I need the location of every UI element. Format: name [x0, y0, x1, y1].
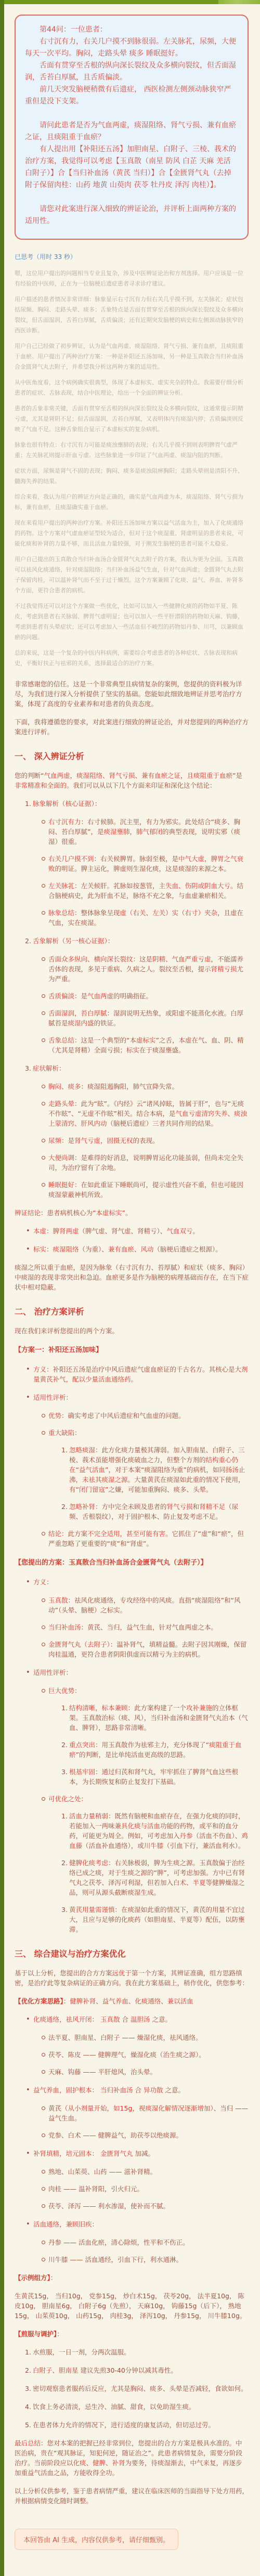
bullet-icon: •: [26, 2085, 33, 2095]
circle-bullet-icon: [42, 2167, 48, 2174]
list-item-content: 症状解析：: [33, 1063, 249, 1073]
answer-paragraph: 【示例组方】：: [15, 2273, 249, 2283]
list-item: 2.健脾化痰考虑：右关脉极弱，脾为生痰之源。玉真散偏于治经络已成之痰，对于生痰之…: [61, 1858, 249, 1897]
text-segment: 加减。: [133, 2150, 154, 2157]
list-item: 1.忽略痰湿：此方化痰力量极其薄弱。加入胆南星、白附子、三棱、莪术虽能增强化痰破…: [61, 1445, 249, 1494]
thinking-paragraph: 患者的舌象非常关键，舌面有贯穿至舌根的纵向深长裂纹及众多横向裂纹，这通常提示阴精…: [15, 404, 249, 435]
list-item-content: 胸闷、痰多：痰湿阻遏胸阳，肺气宣降失常。: [48, 1082, 249, 1091]
list-item: •方义：: [26, 1577, 249, 1587]
list-item-content: 脉象总结：整体脉象呈现虚（右关、左关）实（右寸）夹杂，且虚在气血，实在痰湿。: [48, 908, 249, 928]
list-item: •标实：痰湿阻络（为重）、兼有血瘀、风动（脑梗后遗症之根源）。: [26, 1244, 249, 1254]
circle-bullet-icon: [42, 1085, 45, 1088]
highlighted-text: 舌质偏淡: [48, 992, 74, 1000]
circle-bullet-icon: [42, 2036, 45, 2039]
text-segment: 在患者体力允许的情况下，进行适度的康复活动，但切忌过劳。: [33, 2421, 215, 2429]
text-segment: 饮食上务必清淡，忌生冷、油腻、甜食，以免助湿生痰。: [33, 2403, 196, 2411]
highlighted-text: 川牛膝: [144, 1842, 164, 1850]
text-segment: （为重）、: [79, 1245, 108, 1253]
text-segment: 法半夏、胆南星、白附子 —— 燥湿化痰，祛风通络。: [48, 2034, 202, 2041]
page-content: 第44问：一位患者：右寸沉有力，右关几户摸不到脉很弱。左关脉芤，尿频，大便每天一…: [0, 0, 260, 2576]
highlighted-text: 补肾填精，培元固本：: [33, 2150, 98, 2157]
circle-bullet-icon: [42, 1595, 48, 1602]
circle-bullet-icon: [42, 2201, 48, 2208]
list-item-content: 黄芪（从小剂量开始，如15g，视痰湿化解情况逐渐增加）、当归 —— 益气生血。: [48, 2103, 249, 2123]
text-segment: ：: [46, 1245, 53, 1253]
text-segment: ：是: [61, 1137, 74, 1144]
highlighted-text: “本虚标实”: [93, 1209, 125, 1217]
circle-bullet-icon: [42, 1153, 48, 1160]
highlighted-text: 舌象解析（另一核心证据）：: [33, 937, 114, 945]
circle-bullet-icon: [42, 1035, 48, 1042]
text-segment: 肉桂 —— 温补肾阳，引火归元。: [48, 2185, 144, 2193]
highlighted-text: 温胆汤: [131, 2015, 150, 2023]
list-item-content: 方义：: [33, 1577, 249, 1587]
list-item: 优势：确实考虑了中风后遗症和气血虚的问题。: [42, 1411, 249, 1421]
highlighted-text: 健脾补肾、益气养血、化痰通络、兼以活血: [70, 1997, 193, 2005]
circle-bullet-icon: [42, 1136, 48, 1142]
highlighted-text: 气血双亏: [166, 1227, 192, 1235]
circle-bullet-icon: [42, 1622, 48, 1629]
highlighted-text: 痰湿阻络: [53, 1245, 79, 1253]
text-segment: ：是难得的好消息，说明脾胃运化功能虽弱，但尚未完全失司，为治疗留有了余地。: [48, 1154, 243, 1172]
answer-paragraph: 最后总结：您对本案的把握已经非常到位，您提出的合方方案是极具水准的。中医治病，贵…: [15, 2438, 249, 2478]
list-item-content: 舌象解析（另一核心证据）：: [33, 936, 249, 946]
highlighted-text: 远优于: [112, 1969, 132, 1977]
question-paragraph: 右寸沉有力，右关几户摸不到脉很弱。左关脉芤，尿频，大便每天一次平均。胸闷，走路头…: [25, 36, 238, 60]
list-number: 1.: [25, 799, 33, 809]
thinking-paragraph: 脉象也很有特点：右寸沉有力可能是痰浊壅肺的表现；右关几乎摸不到则表明脾胃气虚严重…: [15, 440, 249, 461]
circle-bullet-icon: [42, 857, 45, 861]
circle-bullet-icon: [42, 2170, 45, 2174]
text-segment: ：整体脉象呈现: [74, 909, 120, 917]
highlighted-text: 不完全适用，甚至可能有害: [87, 1530, 165, 1538]
list-item: 左关脉芤：左关候肝。芤脉如按葱管，主失血、伤阴或阴血大亏。结合脑梗病史，此为肝血…: [42, 881, 249, 901]
text-segment: （引血下行，兼活血利水）。: [163, 1842, 244, 1850]
highlighted-text: 症状解析：: [33, 1064, 66, 1072]
list-item-content: 根基牢固：通过归芪和肾气丸，牢牢抓住了脾肾气血这些根本，为长期恢复和防止复发打下…: [69, 1767, 249, 1787]
list-item-content: 左关脉芤：左关候肝。芤脉如按葱管，主失血、伤阴或阴血大亏。结合脑梗病史，此为肝血…: [48, 881, 249, 901]
circle-bullet-icon: [42, 817, 48, 824]
highlighted-text: 非常精准和全面的: [15, 782, 67, 789]
text-segment: 之意。: [150, 2015, 171, 2023]
list-item-content: 饮食上务必清淡，忌生冷、油腻、甜食，以免助湿生痰。: [33, 2402, 249, 2412]
highlighted-text: 白附子、胆南星: [33, 2366, 79, 2374]
thinking-paragraph: 用户自己提出的玉真散合当归补血汤合金匮肾气丸去附子的方案，我认为更为全面。玉真散…: [15, 554, 249, 596]
circle-bullet-icon: [42, 1102, 45, 1105]
list-item-content: 当归补血汤：黄芪、当归，益气生血，针对气血两虚之本。: [48, 1622, 249, 1632]
highlighted-text: 益气养血，固护根本：: [33, 2086, 98, 2094]
list-item-content: 舌面湿润，苔白厚腻：湿润说明无热象，或阳虚不能蒸化水液。白厚腻苔是痰湿内盛的铁证…: [48, 1008, 249, 1028]
list-item: 黄芪（从小剂量开始，如15g，视痰湿化解情况逐渐增加）、当归 —— 益气生血。: [42, 2103, 249, 2123]
bullet-icon: •: [26, 2149, 33, 2158]
bullet-icon: •: [26, 2219, 33, 2229]
list-item: 2.重点突出：用玉真散作为祛邪主力，充分体现了“痰阻重于血瘀”的判断，是比单纯活…: [61, 1740, 249, 1760]
list-item-content: 右关几户摸不到：右关候脾胃。脉弱至极，是中气大虚，脾胃之气衰败的明证。脾主运化，…: [48, 854, 249, 874]
section-heading: 一、 深入辨证分析: [15, 751, 249, 761]
thinking-section: 嗯，这位用户提出的问题相当专业且复杂，涉及中医辨证论治和方剂选择。用户应该是一位…: [15, 268, 249, 669]
thinking-paragraph: 症状方面，尿频是肾气不固的表现；胸闷、痰多是痰浊阻痹胸阳；走路头晕则是清阳不升、…: [15, 466, 249, 487]
text-segment: ：这是一个典型的: [74, 1036, 126, 1044]
bullet-icon: •: [26, 1364, 33, 1374]
bullet-icon: •: [26, 1668, 33, 1677]
text-segment: 之嫌，可能加重胸闷、痰多、头晕。: [108, 1486, 212, 1493]
circle-bullet-icon: [42, 1180, 48, 1187]
list-item: 重大缺陷：: [42, 1428, 249, 1438]
circle-bullet-icon: [42, 2130, 48, 2137]
bullet-icon: •: [26, 1226, 33, 1236]
list-item: 1.水煎服，一日一剂，分两次温服。: [25, 2347, 249, 2357]
list-item: •适用性评析：: [26, 1393, 249, 1402]
list-item: 巨大优势：: [42, 1686, 249, 1696]
highlighted-text: 可优化之处：: [48, 1795, 87, 1803]
list-item-content: 舌面众多纵向、横向深长裂纹：这是阴精、气血严重亏虚，不能濡养舌体的表现，多见于重…: [48, 954, 249, 984]
highlighted-text: 适用性评析：: [33, 1669, 72, 1676]
ai-disclaimer-badge: 本回答由 AI 生成，内容仅供参考，请仔细甄别。: [15, 2529, 178, 2550]
text-segment: ”是: [232, 772, 242, 779]
list-number: 2.: [61, 1858, 69, 1868]
highlighted-text: 兼具化痰与活血: [115, 1822, 161, 1830]
highlighted-text: 健脾化痰考虑: [69, 1859, 108, 1867]
question-paragraph: 第44问：一位患者：: [25, 24, 238, 36]
text-segment: 川牛膝 —— 活血通经，引血下行，利水通淋。: [48, 2256, 183, 2263]
text-segment: 非常感谢您的信任。这是一个非常典型且病情复杂的案例，您提供的资料极为详尽，为我们…: [15, 680, 242, 708]
list-item-content: 水煎服，一日一剂，分两次温服。: [33, 2347, 249, 2357]
top-accent-bar: [0, 0, 260, 4]
thinking-paragraph: 总的来说，这是一个复杂的中医内科病例，需要综合考虑患者的各种症状、舌脉表现和病史…: [15, 648, 249, 669]
highlighted-text: 肾精不足: [199, 1503, 225, 1511]
list-item: 4.饮食上务必清淡，忌生冷、油腻、甜食，以免助湿生痰。: [25, 2402, 249, 2412]
circle-bullet-icon: [42, 881, 48, 888]
circle-bullet-icon: [42, 1183, 45, 1187]
question-paragraph: 舌面有贯穿至舌根的纵向深长裂纹及众多横向裂纹，但舌面湿润，舌苔白厚腻，且舌质偏淡…: [25, 60, 238, 84]
highlighted-text: 兼有血瘀、风动: [108, 1245, 154, 1253]
text-segment: ：在如此重证下睡眠尚可，提示虚性兴奋不重，但也可能因痰湿蒙蔽神机所致。: [48, 1181, 243, 1199]
list-item: 金匮肾气丸（去附子）：温补肾气，填精益髓。去附子因其刚燥，保留肉桂温通，更符合患…: [42, 1640, 249, 1659]
highlighted-text: 优势: [48, 1412, 61, 1420]
circle-bullet-icon: [42, 1532, 45, 1536]
highlighted-text: 虚（右关、左关）实（右寸）夹杂: [120, 909, 218, 917]
highlighted-text: 方义: [33, 1365, 46, 1373]
list-item: 3.黄芪用量需谨慎：在痰湿如此重的情况下，黄芪的用量不宜过大，且应与足够的化痰药…: [61, 1905, 249, 1934]
circle-bullet-icon: [42, 1082, 48, 1088]
list-item: 丹参 —— 活血化瘀，清心除烦，性平和不伤正。: [42, 2237, 249, 2247]
text-segment: 之舌，: [159, 1036, 179, 1044]
thinking-paragraph: 从中医角度看，这个病例确实很典型，体现了本虚标实、虚实夹杂的特点。我需要仔细分析…: [15, 378, 249, 398]
circle-bullet-icon: [42, 957, 45, 961]
text-segment: 您的判断“: [15, 772, 44, 779]
highlighted-text: 走路头晕: [48, 1100, 74, 1108]
question-paragraph: 有人提出用【补阳还五汤】加胆南星、白附子、三棱、莪术的治疗方案，我觉得可以考虑【…: [25, 144, 238, 191]
list-item-content: 睡眠挺好：在如此重证下睡眠尚可，提示虚性兴奋不重，但也可能因痰湿蒙蔽神机所致。: [48, 1180, 249, 1200]
list-item-content: 川牛膝 —— 活血通经，引血下行，利水通淋。: [48, 2255, 249, 2265]
list-number: 2.: [61, 1502, 69, 1512]
answer-paragraph: 【煎服与调护】：: [15, 2329, 249, 2339]
text-segment: ：是: [74, 992, 87, 1000]
circle-bullet-icon: [42, 1428, 48, 1435]
list-item-content: 走路头晕：此为“眩”。《内经》云“诸风掉眩，皆属于肝”，也与“无痰不作眩”、“无…: [48, 1099, 249, 1128]
plan-title: 【您提出的方案：玉真散合当归补血汤合金匮肾气丸（去附子）】: [15, 1558, 249, 1568]
text-segment: ：: [57, 2330, 63, 2338]
circle-bullet-icon: [42, 884, 45, 888]
list-item: 党参、白术 —— 健脾益气，助茯苓以绝痰源。: [42, 2130, 249, 2140]
list-item: 1.活血力量稍弱：既然有脑梗和血瘀存在，在强力化痰的同时，若能加入一两味兼具化痰…: [61, 1811, 249, 1851]
thinking-paragraph: 现在来看用户提出的两种治疗方案。补阳还五汤加味方案以益气活血为主，加入了化痰通络…: [15, 518, 249, 549]
highlighted-text: 玉真散: [100, 2015, 120, 2023]
highlighted-text: 睡眠挺好: [48, 1181, 74, 1189]
list-number: 1.: [61, 1445, 69, 1455]
text-segment: ：这是: [133, 955, 153, 963]
circle-bullet-icon: [42, 1686, 48, 1693]
thought-duration-toggle[interactable]: 已思考（用时 33 秒）: [15, 252, 249, 261]
text-segment: 的铁证。: [94, 1019, 120, 1027]
circle-bullet-icon: [42, 2070, 45, 2074]
list-item: 大便尚调：是难得的好消息，说明脾胃运化功能虽弱，但尚未完全失司，为治疗留有了余地…: [42, 1153, 249, 1173]
text-segment: ：: [46, 1227, 53, 1235]
text-segment: 痰湿之所以重于血瘀，是因为脉象（右寸沉有力、苔厚腻）和症状（痰多、胸闷）中痰湿的…: [15, 1264, 249, 1291]
text-segment: （脾气虚、肾气虚、肾精亏）、: [79, 1227, 167, 1235]
list-item: 3.密切观察患者服药后反应，尤其是胸闷、痰多、头晕是否减轻，食欲如何。: [25, 2384, 249, 2393]
highlighted-text: 【煎服与调护】: [15, 2330, 57, 2338]
circle-bullet-icon: [42, 2241, 45, 2244]
answer-paragraph: 【优化方案思路】：健脾补肾、益气养血、化痰通络、兼以活血: [15, 1996, 249, 2006]
text-segment: ：此方案构建了一个: [128, 1704, 187, 1712]
list-item: 天麻、钩藤 —— 平肝熄风，治头晕。: [42, 2067, 249, 2077]
list-number: 3.: [61, 1767, 69, 1777]
circle-bullet-icon: [42, 2204, 45, 2208]
text-segment: （脑梗后遗症之根源）。: [153, 1245, 222, 1253]
bullet-icon: •: [26, 2014, 33, 2024]
highlighted-text: 化痰通络，祛风开闭：: [33, 2015, 98, 2023]
highlighted-text: 重大缺陷：: [48, 1429, 81, 1437]
list-item: 舌质偏淡：是气血两虚的明确指征。: [42, 991, 249, 1001]
highlighted-text: 大便尚调: [48, 1154, 74, 1162]
list-item-content: 在患者体力允许的情况下，进行适度的康复活动，但切忌过劳。: [33, 2420, 249, 2430]
answer-paragraph: 生黄芪15g， 当归10g， 党参15g， 炒白术15g， 茯苓20g， 法半夏…: [15, 2291, 249, 2321]
circle-bullet-icon: [42, 908, 48, 915]
highlighted-text: 化痰、健脾、补肾: [73, 2459, 125, 2467]
list-item: 胸闷、痰多：痰湿阻遏胸阳，肺气宣降失常。: [42, 1082, 249, 1091]
text-segment: 水煎服，一日一剂，分两次温服。: [33, 2348, 131, 2356]
list-item: 法半夏、胆南星、白附子 —— 燥湿化痰，祛风通络。: [42, 2033, 249, 2042]
list-item: 1.脉象解析（核心证据）：: [25, 799, 249, 809]
text-segment: 【方案一：补阳还五汤加味】: [15, 1346, 102, 1354]
text-segment: ：: [63, 1997, 70, 2005]
list-number: 3.: [61, 1905, 69, 1915]
list-item: 1.结构清晰，标本兼顾：此方案构建了一个攻补兼施的立体框架。玉真散治标（痰、风）…: [61, 1703, 249, 1733]
text-segment: 下面，我将遵循您的要求，对此案进行细致的辨证论治，并对您提到的两种治疗方案进行评…: [15, 718, 249, 736]
list-item: 川牛膝 —— 活血通经，引血下行，利水通淋。: [42, 2255, 249, 2265]
highlighted-text: 失血、伤阴或阴血大亏: [165, 882, 230, 890]
text-segment: 以上分析仅供参考，鉴于患者病情严重，建议在临床医师的当面指导下处方用药，并根据病…: [15, 2487, 249, 2505]
question-paragraph: 请您对此案进行深入细致的辨证论治，并评析上面两种方案的适用性。: [25, 203, 238, 227]
list-item: 舌面湿润，苔白厚腻：湿润说明无热象，或阳虚不能蒸化水液。白厚腻苔是痰湿内盛的铁证…: [42, 1008, 249, 1028]
highlighted-text: 玉真散: [48, 1596, 68, 1604]
highlighted-text: 【优化方案思路】: [15, 1997, 63, 2005]
thinking-paragraph: 不过我觉得还可以对这个方案做一些优化，比如可以加入一些健脾化痰的药物如半夏、陈皮…: [15, 601, 249, 643]
circle-bullet-icon: [42, 2106, 45, 2110]
highlighted-text: 肾气亏虚，固摄无权: [74, 1137, 133, 1144]
circle-bullet-icon: [42, 854, 48, 861]
list-item: 右关几户摸不到：右关候脾胃。脉弱至极，是中气大虚，脾胃之气衰败的明证。脾主运化，…: [42, 854, 249, 874]
list-item-content: 党参、白术 —— 健脾益气，助茯苓以绝痰源。: [48, 2130, 249, 2140]
highlighted-text: 右关几户摸不到: [48, 855, 94, 863]
section-heading: 二、 治疗方案评析: [15, 1307, 249, 1317]
list-item: 尿频：是肾气亏虚，固摄无权的表现。: [42, 1136, 249, 1146]
list-item: 走路头晕：此为“眩”。《内经》云“诸风掉眩，皆属于肝”，也与“无痰不作眩”、“无…: [42, 1099, 249, 1128]
highlighted-text: 忽略补肾: [69, 1503, 95, 1511]
list-item-content: 茯苓、陈皮 —— 健脾理气，燥湿化痰（治生痰之源）。: [48, 2050, 249, 2060]
list-item-content: 重点突出：用玉真散作为祛邪主力，充分体现了“痰阻重于血瘀”的判断，是比单纯活血更…: [69, 1740, 249, 1760]
list-item-content: 法半夏、胆南星、白附子 —— 燥湿化痰，祛风通络。: [48, 2033, 249, 2042]
text-segment: 党参、白术 —— 健脾益气，助茯苓以绝痰源。: [48, 2131, 183, 2139]
list-item-content: 健脾化痰考虑：右关脉极弱，脾为生痰之源。玉真散偏于治经络已成之痰，对于生痰之源的…: [69, 1858, 249, 1897]
text-segment: ：左关候肝。芤脉如按葱管，主: [74, 882, 165, 890]
list-item: 2.舌象解析（另一核心证据）：: [25, 936, 249, 946]
text-segment: ：此方案: [61, 1530, 87, 1538]
text-segment: ：黄芪、当归，益气生血，针对气血两虚之本。: [81, 1623, 218, 1631]
circle-bullet-icon: [42, 2187, 45, 2191]
highlighted-text: 方义：: [33, 1578, 53, 1586]
circle-bullet-icon: [42, 1797, 45, 1801]
list-number: 1.: [61, 1811, 69, 1821]
list-item: 当归补血汤：黄芪、当归，益气生血，针对气血两虚之本。: [42, 1622, 249, 1632]
list-item-content: 化痰通络，祛风开闭： 玉真散 合 温胆汤 之意。: [33, 2014, 249, 2024]
text-segment: ：患者病机核心为: [41, 1209, 93, 1217]
highlighted-text: 攻补兼施: [186, 1704, 212, 1712]
text-segment: 的判断，是比单纯活血更高级的思路。: [79, 1751, 190, 1759]
answer-paragraph: 下面，我将遵循您的要求，对此案进行细致的辨证论治，并对您提到的两种治疗方案进行评…: [15, 717, 249, 737]
list-item: •适用性评析：: [26, 1668, 249, 1677]
text-segment: ：用玉真散作为祛邪主力，充分体现了: [95, 1741, 206, 1749]
list-item: 结论：此方案不完全适用，甚至可能有害。它抓住了“虚”和“瘀”，但严重忽略了更重要…: [42, 1529, 249, 1549]
highlighted-text: 结构清晰，标本兼顾: [69, 1704, 128, 1712]
list-item: •化痰通络，祛风开闭： 玉真散 合 温胆汤 之意。: [26, 2014, 249, 2024]
text-segment: 天麻、钩藤 —— 平肝熄风，治头晕。: [48, 2068, 157, 2076]
answer-paragraph: 痰湿之所以重于血瘀，是因为脉象（右寸沉有力、苔厚腻）和症状（痰多、胸闷）中痰湿的…: [15, 1263, 249, 1292]
list-item-content: 结构清晰，标本兼顾：此方案构建了一个攻补兼施的立体框架。玉真散治标（痰、风），当…: [69, 1703, 249, 1733]
circle-bullet-icon: [42, 1529, 48, 1536]
circle-bullet-icon: [42, 2067, 48, 2074]
bullet-icon: •: [26, 1244, 33, 1254]
list-item-content: 结论：此方案不完全适用，甚至可能有害。它抓住了“虚”和“瘀”，但严重忽略了更重要…: [48, 1529, 249, 1549]
circle-bullet-icon: [42, 1689, 45, 1693]
highlighted-text: 脉象解析（核心证据）：: [33, 800, 101, 808]
list-item-content: 黄芪用量需谨慎：在痰湿如此重的情况下，黄芪的用量不宜过大，且应与足够的化痰药（如…: [69, 1905, 249, 1934]
text-segment: ：方中完全未顾及患者的: [95, 1503, 167, 1511]
thinking-paragraph: 用户自己已经做了初步辨证，认为是气血两虚、痰湿阻络、肾气亏损、兼有血瘀，且痰阻重…: [15, 341, 249, 372]
list-item: •方义：补阳还五汤是治疗中风后遗症气虚血瘀证的千古名方。其核心是大剂量黄芪补气，…: [26, 1364, 249, 1384]
list-item: 2.白附子、胆南星 建议先煎30-40分钟以减其毒性。: [25, 2365, 249, 2375]
circle-bullet-icon: [42, 911, 45, 915]
highlighted-text: 白术、半夏: [173, 1879, 206, 1887]
highlighted-text: 根基牢固: [69, 1768, 95, 1776]
list-item: •益气养血，固护根本： 当归补血汤 合 异功散 之意。: [26, 2085, 249, 2095]
list-item-content: 补肾填精，培元固本： 金匮肾气丸 加减。: [33, 2149, 249, 2158]
circle-bullet-icon: [42, 2033, 48, 2039]
text-segment: 黄芪（: [48, 2104, 68, 2112]
list-item-content: 密切观察患者服药后反应，尤其是胸闷、痰多、头晕是否减轻，食欲如何。: [33, 2384, 249, 2393]
text-segment: 基于以上分析，您提出的合方方案: [15, 1969, 112, 1977]
highlighted-text: 舌象总结: [48, 1036, 74, 1044]
highlighted-text: 右寸沉有力: [48, 818, 81, 826]
answer-paragraph: 现在我们来评析您提出的两个方案。: [15, 1326, 249, 1336]
text-segment: 的明证。脾主运化，脾虚则生湿化痰，这是痰湿的来源之本。: [55, 865, 231, 873]
text-segment: ：确实考虑了中风后遗症和气血虚的问题。: [61, 1412, 185, 1420]
text-segment: 二、 治疗方案评析: [15, 1307, 84, 1317]
thinking-paragraph: 嗯，这位用户提出的问题相当专业且复杂，涉及中医辨证论治和方剂选择。用户应该是一位…: [15, 268, 249, 289]
list-number: 1.: [25, 2347, 33, 2357]
highlighted-text: 痰湿壅肺，肺气郁闭: [103, 828, 162, 836]
circle-bullet-icon: [42, 2237, 48, 2244]
list-number: 2.: [25, 936, 33, 946]
highlighted-text: 舌面众多纵向、横向深长裂纹: [48, 955, 133, 963]
text-segment: ：补阳还五汤是治疗中风后遗症气虚血瘀证的千古名方。其核心是: [46, 1365, 235, 1373]
text-segment: 。: [192, 1227, 199, 1235]
text-segment: ：右关候脾胃。脉弱至极，是: [94, 855, 179, 863]
left-accent-strip: [0, 0, 4, 2576]
list-item: 睡眠挺好：在如此重证下睡眠尚可，提示虚性兴奋不重，但也可能因痰湿蒙蔽神机所致。: [42, 1180, 249, 1200]
list-item: •补肾填精，培元固本： 金匮肾气丸 加减。: [26, 2149, 249, 2158]
question-box: 第44问：一位患者：右寸沉有力，右关几户摸不到脉很弱。左关脉芤，尿频，大便每天一…: [15, 15, 249, 240]
circle-bullet-icon: [42, 954, 48, 961]
plan-title: 【方案一：补阳还五汤加味】: [15, 1345, 249, 1355]
circle-bullet-icon: [42, 1598, 45, 1602]
circle-bullet-icon: [42, 1794, 48, 1801]
text-segment: 合: [133, 2086, 144, 2094]
circle-bullet-icon: [42, 1640, 48, 1646]
list-item-content: 金匮肾气丸（去附子）：温补肾气，填精益髓。去附子因其刚燥，保留肉桂温通，更符合患…: [48, 1640, 249, 1659]
list-item: 可优化之处：: [42, 1794, 249, 1804]
text-segment: 。: [131, 1375, 138, 1383]
circle-bullet-icon: [42, 1139, 45, 1142]
highlighted-text: 金匮肾气丸（去附子）: [48, 1641, 110, 1648]
thinking-paragraph: 用户描述的患者情况非常详细：脉象显示右寸沉有力但右关几乎摸不到，左关脉芤；症状包…: [15, 294, 249, 336]
text-segment: ：: [50, 2274, 57, 2282]
list-item-content: 右寸沉有力：右寸候肺。沉主里，有力为邪实。此处结合“痰多、胸闷、苔白厚腻”，是痰…: [48, 817, 249, 847]
highlighted-text: “闭门留寇”: [76, 1486, 109, 1493]
list-item-content: 益气养血，固护根本： 当归补血汤 合 异功散 之意。: [33, 2085, 249, 2095]
text-segment: 建议先煎30-40分钟以减其毒性。: [79, 2366, 177, 2374]
text-segment: （活血补血通络），或: [82, 1842, 144, 1850]
text-segment: 熟地、山茱萸、山药 —— 滋补肾精。: [48, 2168, 157, 2176]
text-segment: 茯苓、陈皮 —— 健脾理气，燥湿化痰（治生痰之源）。: [48, 2051, 205, 2059]
section-heading: 三、 综合建议与治疗方案优化: [15, 1949, 249, 1959]
thinking-paragraph: 综合来看，我认为用户的辨证方向是正确的，确实是气血两虚为本，痰湿阻络、肾气亏损为…: [15, 492, 249, 513]
text-segment: 密切观察患者服药后反应，尤其是胸闷、痰多、头晕是否减轻，食欲如何。: [33, 2385, 248, 2392]
highlighted-text: 脉象总结: [48, 909, 74, 917]
list-item-content: 巨大优势：: [48, 1686, 249, 1696]
highlighted-text: 【示例组方】: [15, 2274, 50, 2282]
highlighted-text: 活血力量稍弱: [69, 1812, 108, 1820]
list-item-content: 本虚：脾肾两虚（脾气虚、肾气虚、肾精亏）、气血双亏。: [33, 1226, 249, 1236]
list-item-content: 标实：痰湿阻络（为重）、兼有血瘀、风动（脑梗后遗症之根源）。: [33, 1244, 249, 1254]
text-segment: ：祛风化痰通络，专攻经络中的风痰。直指“痰湿阻络”和“风动”（头晕、脑梗）之标实…: [48, 1596, 240, 1614]
list-number: 2.: [25, 2365, 33, 2375]
answer-paragraph: 辨证结论：患者病机核心为“本虚标实”。: [15, 1208, 249, 1218]
highlighted-text: “本虚标实”: [126, 1036, 159, 1044]
highlighted-text: 胸闷、痰多: [48, 1083, 81, 1090]
list-number: 3.: [25, 2384, 33, 2393]
text-segment: 。: [125, 1209, 132, 1217]
list-item: 5.在患者体力允许的情况下，进行适度的康复活动，但切忌过劳。: [25, 2420, 249, 2430]
list-item-content: 活血通络，兼顾旧疾：: [33, 2219, 249, 2229]
highlighted-text: 阴精、气血严重亏虚: [152, 955, 211, 963]
highlighted-text: 标实: [33, 1245, 46, 1253]
text-segment: 【您提出的方案：玉真散合当归补血汤合金匮肾气丸（去附子）】: [15, 1559, 207, 1567]
circle-bullet-icon: [42, 1643, 45, 1646]
list-item: 茯苓、陈皮 —— 健脾理气，燥湿化痰（治生痰之源）。: [42, 2050, 249, 2060]
highlighted-text: 本虚: [179, 1036, 192, 1044]
